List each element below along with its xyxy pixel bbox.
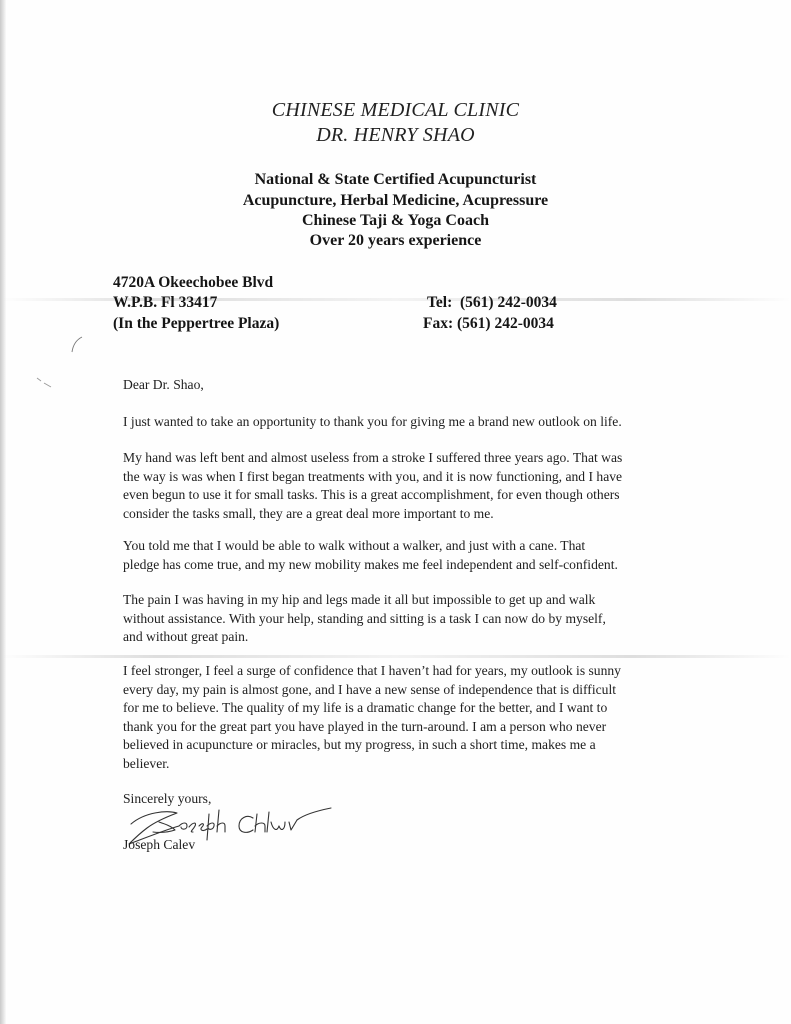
paragraph-line: You told me that I would be able to walk… xyxy=(123,537,705,556)
paragraph-line: I just wanted to take an opportunity to … xyxy=(123,413,705,432)
scan-border xyxy=(0,0,6,1024)
paragraph-line: consider the tasks small, they are a gre… xyxy=(123,505,705,524)
paragraph-line: the way is was when I first began treatm… xyxy=(123,468,705,487)
clinic-name: CHINESE MEDICAL CLINIC xyxy=(0,99,791,122)
scan-mark xyxy=(70,335,84,355)
address-street: 4720A Okeechobee Blvd xyxy=(113,273,273,293)
address-city: W.P.B. Fl 33417 xyxy=(113,293,217,313)
letter-paragraph: The pain I was having in my hip and legs… xyxy=(123,591,705,647)
paragraph-line: for me to believe. The quality of my lif… xyxy=(123,699,705,718)
credential-line: National & State Certified Acupuncturist xyxy=(0,171,791,189)
letter-paragraph: I feel stronger, I feel a surge of confi… xyxy=(123,662,705,774)
paragraph-line: I feel stronger, I feel a surge of confi… xyxy=(123,662,705,681)
paragraph-line: The pain I was having in my hip and legs… xyxy=(123,591,705,610)
letter-paragraph: I just wanted to take an opportunity to … xyxy=(123,413,705,432)
credential-line: Acupuncture, Herbal Medicine, Acupressur… xyxy=(0,192,791,210)
signer-name: Joseph Calev xyxy=(123,835,703,854)
paragraph-line: every day, my pain is almost gone, and I… xyxy=(123,681,705,700)
fold-crease xyxy=(0,655,791,658)
paragraph-line: believer. xyxy=(123,755,705,774)
paragraph-line: thank you for the great part you have pl… xyxy=(123,718,705,737)
telephone-number: Tel: (561) 242-0034 xyxy=(427,293,557,313)
scanned-letter-page: CHINESE MEDICAL CLINIC DR. HENRY SHAO Na… xyxy=(0,0,791,1024)
letter-paragraph: My hand was left bent and almost useless… xyxy=(123,449,705,523)
paragraph-line: believed in acupuncture or miracles, but… xyxy=(123,736,705,755)
credential-line: Over 20 years experience xyxy=(0,232,791,250)
credential-line: Chinese Taji & Yoga Coach xyxy=(0,212,791,230)
paragraph-line: My hand was left bent and almost useless… xyxy=(123,449,705,468)
paragraph-line: even begun to use it for small tasks. Th… xyxy=(123,486,705,505)
doctor-name: DR. HENRY SHAO xyxy=(0,124,791,147)
salutation: Dear Dr. Shao, xyxy=(123,375,703,394)
paragraph-line: without assistance. With your help, stan… xyxy=(123,610,705,629)
fax-number: Fax: (561) 242-0034 xyxy=(423,314,554,334)
paragraph-line: and without great pain. xyxy=(123,628,705,647)
address-plaza: (In the Peppertree Plaza) xyxy=(113,314,279,334)
scan-mark xyxy=(35,375,55,389)
letter-paragraph: You told me that I would be able to walk… xyxy=(123,537,705,574)
paragraph-line: pledge has come true, and my new mobilit… xyxy=(123,556,705,575)
